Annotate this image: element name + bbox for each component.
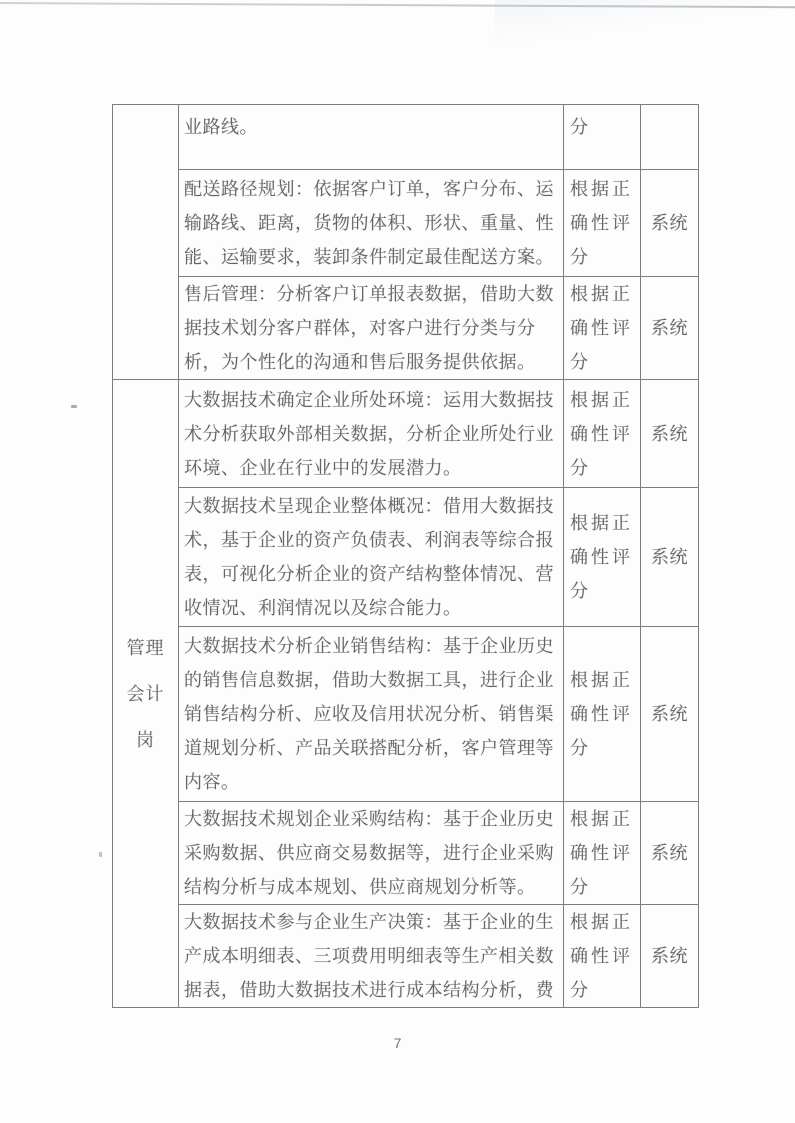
table-row: 配送路径规划：依据客户订单，客户分布、运 输路线、距离，货物的体积、形状、重量、… — [113, 170, 699, 277]
task-cell: 业路线。 — [179, 105, 564, 170]
grader-cell: 系统 — [641, 170, 699, 277]
page-number: 7 — [0, 1035, 795, 1051]
task-cell: 售后管理：分析客户订单报表数据，借助大数 据技术划分客户群体，对客户进行分类与分… — [179, 277, 564, 380]
scan-speck — [71, 405, 77, 408]
table-row: 大数据技术规划企业采购结构：基于企业历史 采购数据、供应商交易数据等，进行企业采… — [113, 802, 699, 905]
task-cell: 配送路径规划：依据客户订单，客户分布、运 输路线、距离，货物的体积、形状、重量、… — [179, 170, 564, 277]
table-row: 业路线。 分 — [113, 105, 699, 170]
task-cell: 大数据技术呈现企业整体概况：借用大数据技 术，基于企业的资产负债表、利润表等综合… — [179, 488, 564, 627]
group-cell-empty — [113, 105, 179, 380]
grader-cell: 系统 — [641, 905, 699, 1008]
scoring-cell: 根据正 确性评 分 — [564, 488, 641, 627]
grader-cell — [641, 105, 699, 170]
scoring-cell: 分 — [564, 105, 641, 170]
table-row: 大数据技术参与企业生产决策：基于企业的生 产成本明细表、三项费用明细表等生产相关… — [113, 905, 699, 1008]
scoring-cell: 根据正 确性评 分 — [564, 802, 641, 905]
task-cell: 大数据技术分析企业销售结构：基于企业历史 的销售信息数据，借助大数据工具，进行企… — [179, 627, 564, 802]
table-row: 大数据技术分析企业销售结构：基于企业历史 的销售信息数据，借助大数据工具，进行企… — [113, 627, 699, 802]
grader-cell: 系统 — [641, 627, 699, 802]
task-cell: 大数据技术确定企业所处环境：运用大数据技 术分析获取外部相关数据，分析企业所处行… — [179, 380, 564, 488]
task-cell: 大数据技术规划企业采购结构：基于企业历史 采购数据、供应商交易数据等，进行企业采… — [179, 802, 564, 905]
grader-cell: 系统 — [641, 802, 699, 905]
scoring-cell: 根据正 确性评 分 — [564, 170, 641, 277]
scoring-cell: 根据正 确性评 分 — [564, 905, 641, 1008]
scan-speck — [99, 852, 102, 857]
grader-cell: 系统 — [641, 488, 699, 627]
table-row: 售后管理：分析客户订单报表数据，借助大数 据技术划分客户群体，对客户进行分类与分… — [113, 277, 699, 380]
scan-corner-artifact — [495, 0, 795, 46]
grader-cell: 系统 — [641, 277, 699, 380]
table-row: 大数据技术呈现企业整体概况：借用大数据技 术，基于企业的资产负债表、利润表等综合… — [113, 488, 699, 627]
grader-cell: 系统 — [641, 380, 699, 488]
scoring-cell: 根据正 确性评 分 — [564, 627, 641, 802]
job-task-assessment-table: 业路线。 分 配送路径规划：依据客户订单，客户分布、运 输路线、距离，货物的体积… — [112, 104, 699, 1008]
scoring-cell: 根据正 确性评 分 — [564, 277, 641, 380]
task-cell: 大数据技术参与企业生产决策：基于企业的生 产成本明细表、三项费用明细表等生产相关… — [179, 905, 564, 1008]
scanned-document-page: 业路线。 分 配送路径规划：依据客户订单，客户分布、运 输路线、距离，货物的体积… — [0, 0, 795, 1123]
scoring-cell: 根据正 确性评 分 — [564, 380, 641, 488]
group-cell-management-accounting: 管理 会计 岗 — [113, 380, 179, 1008]
table-row: 管理 会计 岗 大数据技术确定企业所处环境：运用大数据技 术分析获取外部相关数据… — [113, 380, 699, 488]
